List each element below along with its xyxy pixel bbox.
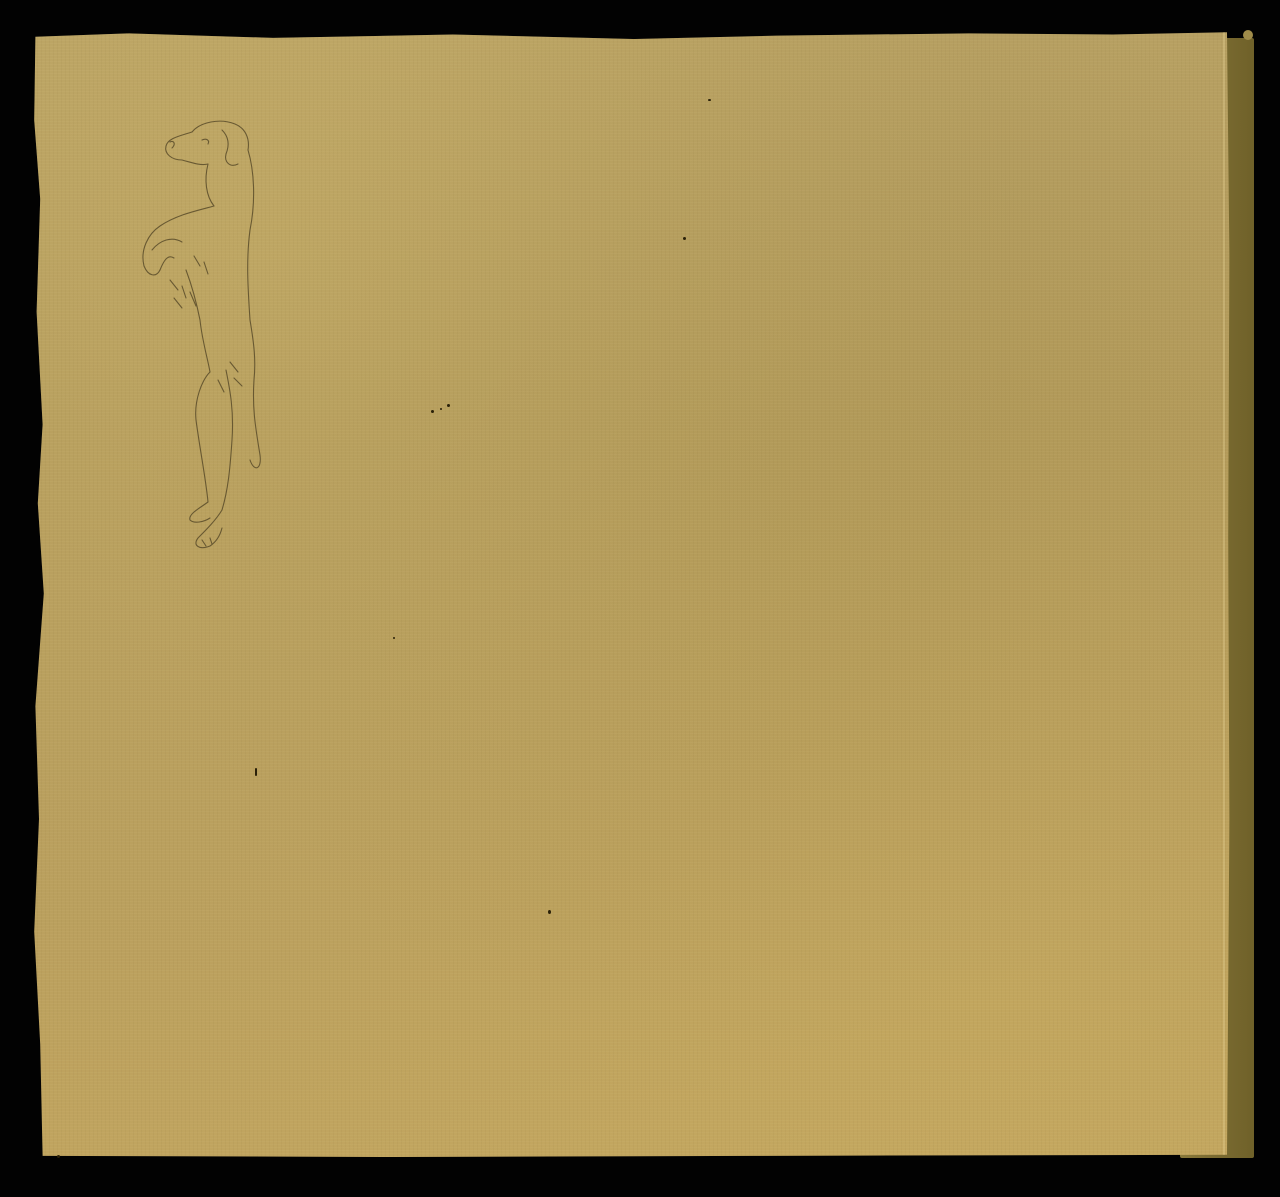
paper-speck	[447, 404, 450, 407]
paper-fold-line	[1223, 30, 1225, 1157]
photo-stage	[0, 0, 1280, 1197]
paper-speck	[440, 408, 442, 410]
paper-speck	[393, 637, 395, 639]
paper-speck	[548, 910, 551, 914]
paper-speck	[431, 410, 434, 413]
dog-sketch-icon	[130, 110, 280, 570]
paper-speck	[683, 237, 686, 240]
paper-speck	[57, 1155, 60, 1158]
paper-speck	[708, 99, 711, 101]
paper-speck	[255, 768, 257, 776]
back-sheet-corner	[1243, 30, 1253, 40]
